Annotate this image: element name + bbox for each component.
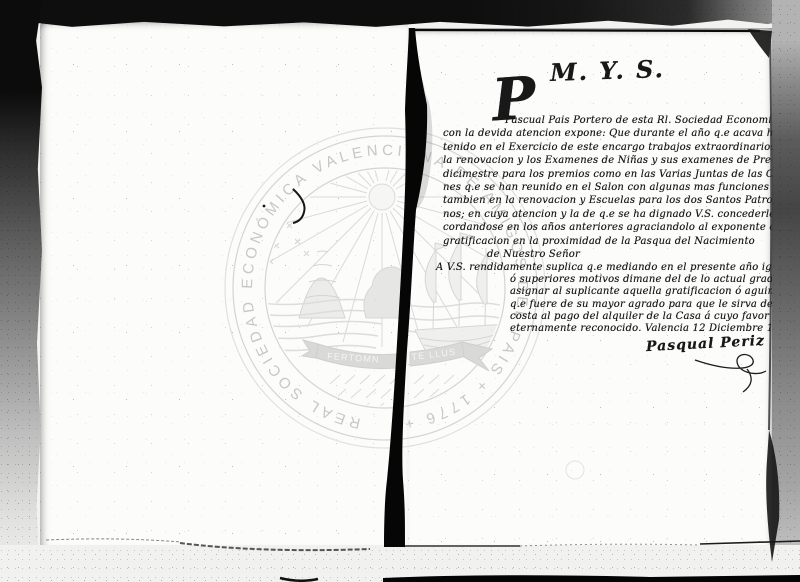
closing-line: asignar al suplicante aquella gratificac… <box>436 286 774 298</box>
body-line: con la devida atencion expone: Que duran… <box>443 127 775 140</box>
annotation-line-reference: 1827 C-76 <box>0 0 314 6</box>
scanner-edge-left <box>0 0 42 582</box>
closing-line: A V.S. rendidamente suplica q.e mediando… <box>436 262 774 274</box>
scanned-document: REAL SOCIEDAD ECONÓMICA VALENCIANA DE AM… <box>0 0 800 582</box>
scanner-bottom-band <box>383 575 800 582</box>
closing-line: ó superiores motivos dimane del de lo ac… <box>436 274 774 286</box>
body-line: cordandose en los años anteriores agraci… <box>443 221 775 234</box>
body-line: nos; en cuya atencion y la de q.e se ha … <box>443 208 775 221</box>
left-page <box>40 20 408 546</box>
closing-line: eternamente reconocido. Valencia 12 Dici… <box>436 323 774 335</box>
body-line: de Nuestro Señor <box>443 248 775 261</box>
archival-annotation: 1827 C-76 V. Varios n. 15 <box>0 0 328 11</box>
scanner-edge-bottom <box>0 545 800 582</box>
closing-line: costa al pago del alquiler de la Casa á … <box>436 311 774 323</box>
letter-salutation-abbrev: M. Y. S. <box>550 54 666 87</box>
letter-body: Pascual Pais Portero de esta Rl. Socieda… <box>443 114 775 261</box>
body-line: nes q.e se han reunido en el Salon con a… <box>443 181 775 194</box>
letter-closing: A V.S. rendidamente suplica q.e mediando… <box>436 262 774 335</box>
annotation-line-series: V. Varios n. 15 <box>14 0 328 11</box>
body-line: tenido en el Exercicio de este encargo t… <box>443 141 775 154</box>
body-line: la renovacion y los Examenes de Niñas y … <box>443 154 775 167</box>
body-line: tambien en la renovacion y Escuelas para… <box>443 194 775 207</box>
body-line: gratificacion en la proximidad de la Pas… <box>443 235 775 248</box>
body-line: dicimestre para los premios como en las … <box>443 168 775 181</box>
closing-line: q.e fuere de su mayor agrado para que le… <box>436 299 774 311</box>
body-line: Pascual Pais Portero de esta Rl. Socieda… <box>443 114 775 127</box>
